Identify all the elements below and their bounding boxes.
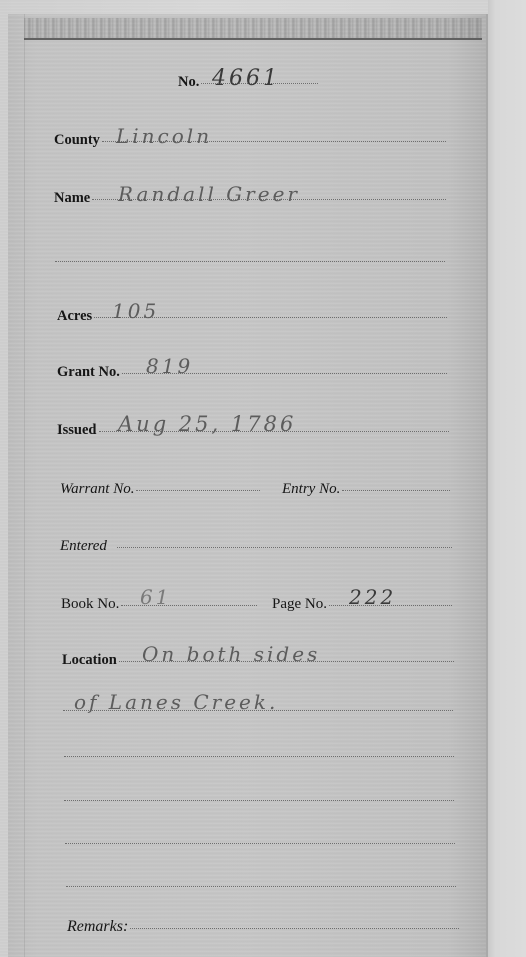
card-number-label: No. [178, 74, 199, 91]
entry-number-field: Entry No. [282, 481, 450, 498]
location-label: Location [62, 652, 117, 669]
location-value-line1: On both sides [142, 642, 320, 666]
grant-number-value: 819 [146, 354, 193, 378]
name-value: Randall Greer [118, 182, 300, 206]
county-value: Lincoln [116, 124, 212, 148]
page-number-value: 222 [349, 585, 396, 609]
grant-number-label: Grant No. [57, 364, 120, 381]
blank-dotted-line [64, 756, 454, 757]
issued-label: Issued [57, 422, 97, 439]
entered-label: Entered [60, 538, 107, 555]
acres-label: Acres [57, 308, 92, 325]
county-label: County [54, 132, 100, 149]
dotted-line [117, 547, 452, 548]
entry-number-label: Entry No. [282, 481, 340, 498]
blank-dotted-line [55, 261, 445, 262]
name-label: Name [54, 190, 90, 207]
remarks-label: Remarks: [67, 918, 128, 936]
blank-dotted-line [66, 886, 456, 887]
remarks-field: Remarks: [67, 918, 459, 936]
book-number-value: 61 [140, 585, 171, 609]
entered-field: Entered [60, 538, 452, 555]
issued-value: Aug 25, 1786 [118, 412, 296, 436]
county-field: County [54, 132, 446, 149]
dotted-line [136, 490, 260, 491]
location-value-line2: of Lanes Creek. [74, 690, 278, 714]
grant-number-field: Grant No. [57, 364, 447, 381]
page-number-label: Page No. [272, 596, 327, 613]
blank-dotted-line [64, 800, 454, 801]
scan-margin [488, 0, 526, 957]
book-number-label: Book No. [61, 596, 119, 613]
blank-dotted-line [65, 843, 455, 844]
torn-top-edge [24, 18, 482, 40]
dotted-line [130, 928, 459, 929]
warrant-number-label: Warrant No. [60, 481, 134, 498]
card-number-value: 4661 [212, 66, 280, 91]
warrant-number-field: Warrant No. [60, 481, 260, 498]
dotted-line [342, 490, 450, 491]
acres-value: 105 [112, 299, 159, 323]
